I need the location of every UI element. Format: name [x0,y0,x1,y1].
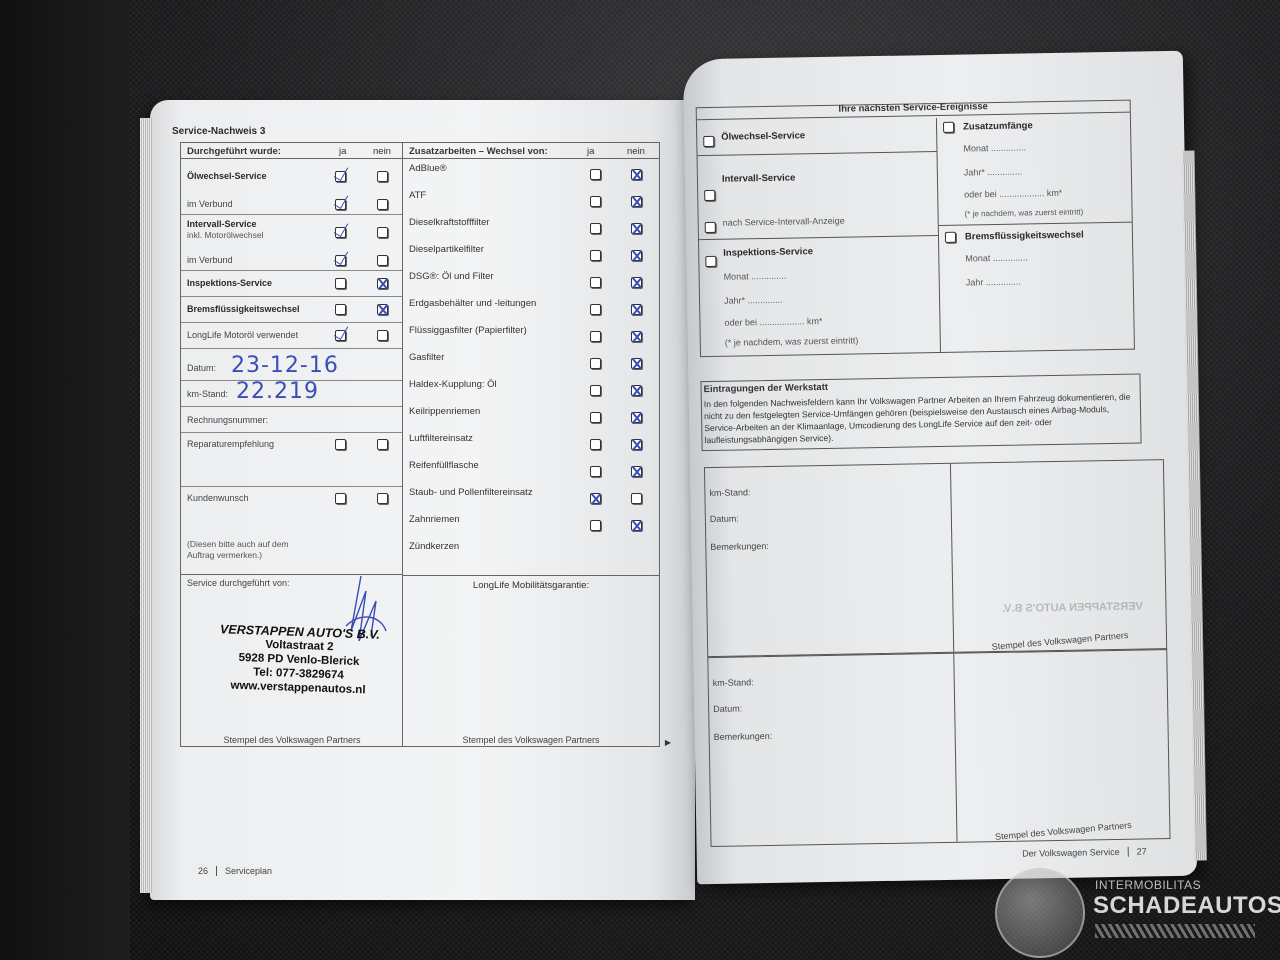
interval-service-label: Intervall-Service [722,172,796,184]
service-yes-checkbox[interactable] [335,227,346,238]
next-page-arrow-icon: ▶ [665,738,671,747]
longlife-box: LongLife Mobilitätsgarantie: Stempel des… [403,575,659,747]
service-label: im Verbund [187,255,233,265]
extra-yes-checkbox[interactable] [590,331,601,342]
extra-no-checkbox[interactable] [631,358,642,369]
ghost-stamp-bleed: VERSTAPPEN AUTO'S B.V. [977,600,1167,615]
extra-no-checkbox[interactable] [631,385,642,396]
extra-yes-checkbox[interactable] [590,250,601,261]
additional-checkbox[interactable] [943,122,954,133]
extra-no-header: nein [627,146,645,157]
extra-no-checkbox[interactable] [631,277,642,288]
extra-no-checkbox[interactable] [631,331,642,342]
longlife-label: LongLife Mobilitätsgarantie: [403,580,659,591]
service-record-form: Durchgeführt wurde: ja nein Ölwechsel-Se… [180,142,660,747]
page-number-left: 26 [198,866,217,876]
extra-work-label: Keilrippenriemen [409,406,480,417]
service-yes-checkbox[interactable] [335,199,346,210]
next-services-right: Zusatzumfänge Monat .............. Jahr*… [937,115,1134,352]
entry1-km[interactable]: km-Stand: [709,487,750,498]
extra-work-label: Dieselkraftstofffilter [409,217,489,228]
extra-yes-checkbox[interactable] [590,439,601,450]
service-no-checkbox[interactable] [377,304,388,315]
extra-no-checkbox[interactable] [631,196,642,207]
service-yes-checkbox[interactable] [335,304,346,315]
extra-yes-checkbox[interactable] [590,169,601,180]
extra-work-label: Dieselpartikelfilter [409,244,484,255]
additional-km[interactable]: oder bei .................. km* [964,188,1062,200]
extra-work-label: Flüssiggasfilter (Papierfilter) [409,325,527,336]
performed-header: Durchgeführt wurde: ja nein [181,143,402,159]
left-page-footer: 26Serviceplan [198,866,272,876]
inspection-service-checkbox[interactable] [705,256,716,267]
customer-label: Kundenwunsch [187,493,249,503]
extra-no-checkbox[interactable] [631,439,642,450]
workshop-entry-2: km-Stand: Datum: Bemerkungen: Stempel de… [707,649,1170,847]
performed-column: Durchgeführt wurde: ja nein Ölwechsel-Se… [181,143,403,746]
extra-no-checkbox[interactable] [631,493,642,504]
service-book-right-page: Ihre nächsten Service-Ereignisse Ölwechs… [683,51,1197,885]
globe-icon [995,868,1085,958]
brake-checkbox[interactable] [945,232,956,243]
workshop-title: Eintragungen der Werkstatt [704,382,829,395]
extra-work-label: Zahnriemen [409,514,460,525]
service-no-checkbox[interactable] [377,330,388,341]
date-row: Datum: 23-12-16 [181,355,402,381]
service-yes-checkbox[interactable] [335,330,346,341]
entry2-km[interactable]: km-Stand: [713,677,754,688]
service-row: Ölwechsel-Service [181,159,402,195]
workshop-text: In den folgenden Nachweisfeldern kann Ih… [704,391,1137,447]
inspection-year[interactable]: Jahr* .............. [724,295,783,306]
sheet-title: Service-Nachweis 3 [172,126,265,137]
dealer-stamp: VERSTAPPEN AUTO'S B.V. Voltastraat 2 592… [198,622,400,699]
extra-no-checkbox[interactable] [631,169,642,180]
interval-service-checkbox[interactable] [704,190,715,201]
extra-yes-checkbox[interactable] [590,223,601,234]
stamp-caption: Stempel des Volkswagen Partners [181,735,403,745]
service-no-checkbox[interactable] [377,199,388,210]
extra-work-label: Zündkerzen [409,541,459,552]
service-no-checkbox[interactable] [377,227,388,238]
page-edges [140,118,152,893]
service-row: im Verbund [181,251,402,271]
service-label: Bremsflüssigkeitswechsel [187,304,300,314]
extra-no-checkbox[interactable] [631,466,642,477]
interval-display-checkbox[interactable] [705,222,716,233]
invoice-label: Rechnungsnummer: [187,415,268,425]
entry2-date[interactable]: Datum: [713,703,742,714]
service-row: Bremsflüssigkeitswechsel [181,297,402,323]
entry1-remarks[interactable]: Bemerkungen: [710,541,769,552]
service-book-left-page: Service-Nachweis 3 Durchgeführt wurde: j… [150,100,695,900]
inspection-month[interactable]: Monat .............. [724,271,787,282]
extra-work-label: Luftfiltereinsatz [409,433,473,444]
date-value[interactable]: 23-12-16 [231,353,339,378]
service-yes-checkbox[interactable] [335,278,346,289]
extra-work-label: Staub- und Pollenfiltereinsatz [409,487,533,498]
service-row: Inspektions-Service [181,271,402,297]
repair-row: Reparaturempfehlung [181,433,402,487]
extra-yes-checkbox[interactable] [590,385,601,396]
additional-month[interactable]: Monat .............. [963,142,1026,153]
customer-row: Kundenwunsch (Diesen bitte auch auf dem … [181,487,402,575]
extra-no-checkbox[interactable] [631,223,642,234]
oil-service-label: Ölwechsel-Service [721,130,805,142]
section-right: Der Volkswagen Service [1022,847,1120,859]
extra-no-checkbox[interactable] [631,412,642,423]
repair-yes-checkbox[interactable] [335,439,346,450]
entry2-remarks[interactable]: Bemerkungen: [714,731,773,742]
km-value[interactable]: 22.219 [236,379,319,404]
service-no-checkbox[interactable] [377,171,388,182]
interval-service-row: Intervall-Service nach Service-Intervall… [698,152,938,240]
service-row: Intervall-Serviceinkl. Motorölwechsel [181,215,402,251]
service-sublabel: inkl. Motorölwechsel [187,230,264,240]
service-row: im Verbund [181,195,402,215]
page-number-right: 27 [1128,846,1147,856]
extra-yes-checkbox[interactable] [590,466,601,477]
next-service-events: Ihre nächsten Service-Ereignisse Ölwechs… [696,100,1135,358]
watermark-logo: INTERMOBILITAS SCHADEAUTOS.NL [995,868,1280,960]
additional-label: Zusatzumfänge [963,120,1033,132]
no-header: nein [373,146,391,157]
brake-month[interactable]: Monat .............. [965,252,1028,263]
service-row: LongLife Motoröl verwendet [181,323,402,349]
repair-label: Reparaturempfehlung [187,439,274,449]
extra-work-label: DSG®: Öl und Filter [409,271,494,282]
repair-no-checkbox[interactable] [377,439,388,450]
longlife-stamp-caption: Stempel des Volkswagen Partners [403,735,659,745]
entry1-date[interactable]: Datum: [710,514,739,525]
inspection-km[interactable]: oder bei .................. km* [724,316,822,328]
additional-footnote: (* je nachdem, was zuerst eintritt) [965,207,1084,218]
performed-header-label: Durchgeführt wurde: [187,146,281,157]
customer-no-checkbox[interactable] [377,493,388,504]
extra-work-label: Erdgasbehälter und -leitungen [409,298,536,309]
workshop-entry-1: km-Stand: Datum: Bemerkungen: VERSTAPPEN… [704,459,1167,657]
watermark-brand: SCHADEAUTOS.NL [1093,892,1280,920]
extra-work-label: Haldex-Kupplung: Öl [409,379,497,390]
additional-row: Zusatzumfänge Monat .............. Jahr*… [937,115,1132,226]
service-label: LongLife Motoröl verwendet [187,330,298,340]
service-yes-checkbox[interactable] [335,255,346,266]
extra-work-label: Reifenfüllflasche [409,460,479,471]
extra-no-checkbox[interactable] [631,304,642,315]
inspection-footnote: (* je nachdem, was zuerst eintritt) [725,335,859,347]
service-yes-checkbox[interactable] [335,171,346,182]
km-label: km-Stand: [187,389,228,399]
seat-background [0,0,130,960]
extra-work-label: AdBlue® [409,163,447,174]
extra-no-checkbox[interactable] [631,250,642,261]
service-label: Ölwechsel-Service [187,171,267,181]
performed-by-label: Service durchgeführt von: [187,578,290,588]
workshop-entries-intro: Eintragungen der Werkstatt In den folgen… [700,373,1141,451]
extra-header-label: Zusatzarbeiten – Wechsel von: [409,146,548,157]
extra-yes-header: ja [587,146,594,157]
service-label: Intervall-Service [187,219,257,229]
service-label: im Verbund [187,199,233,209]
entry2-stamp-area [953,654,957,842]
right-page-footer: Der Volkswagen Service27 [1022,846,1147,858]
brake-row: Bremsflüssigkeitswechsel Monat .........… [939,223,1134,354]
km-row: km-Stand: 22.219 [181,381,402,407]
extra-yes-checkbox[interactable] [590,304,601,315]
extra-yes-checkbox[interactable] [590,277,601,288]
extra-work-column: Zusatzarbeiten – Wechsel von: ja nein Ad… [403,143,659,746]
inspection-label: Inspektions-Service [723,246,813,259]
extra-no-checkbox[interactable] [631,520,642,531]
interval-note: nach Service-Intervall-Anzeige [723,216,845,228]
extra-yes-checkbox[interactable] [590,196,601,207]
brake-label: Bremsflüssigkeitswechsel [965,229,1084,242]
extra-header: Zusatzarbeiten – Wechsel von: ja nein [403,143,659,159]
oil-service-row: Ölwechsel-Service [697,118,937,156]
service-no-checkbox[interactable] [377,255,388,266]
inspection-service-row: Inspektions-Service Monat ..............… [699,236,940,358]
service-label: Inspektions-Service [187,278,272,288]
page-edges-right [1183,151,1207,861]
service-no-checkbox[interactable] [377,278,388,289]
extra-work-label: ATF [409,190,426,201]
extra-yes-checkbox[interactable] [590,520,601,531]
extra-yes-checkbox[interactable] [590,358,601,369]
oil-service-checkbox[interactable] [703,136,714,147]
brake-year[interactable]: Jahr .............. [966,277,1021,288]
extra-work-label: Gasfilter [409,352,444,363]
next-services-left: Ölwechsel-Service Intervall-Service nach… [697,118,941,356]
date-label: Datum: [187,363,216,373]
extra-yes-checkbox[interactable] [590,493,601,504]
invoice-row: Rechnungsnummer: [181,407,402,433]
section-left: Serviceplan [225,866,272,876]
customer-note: (Diesen bitte auch auf dem Auftrag verme… [187,539,317,561]
additional-year[interactable]: Jahr* .............. [964,167,1023,178]
customer-yes-checkbox[interactable] [335,493,346,504]
watermark-stripes [1095,924,1255,938]
extra-yes-checkbox[interactable] [590,412,601,423]
yes-header: ja [339,146,346,157]
performed-by-box: Service durchgeführt von: VERSTAPPEN AUT… [181,575,403,747]
entry1-stamp-area [950,464,954,652]
watermark-small-text: INTERMOBILITAS [1095,878,1201,892]
entry2-stamp-caption: Stempel des Volkswagen Partners [961,817,1165,845]
